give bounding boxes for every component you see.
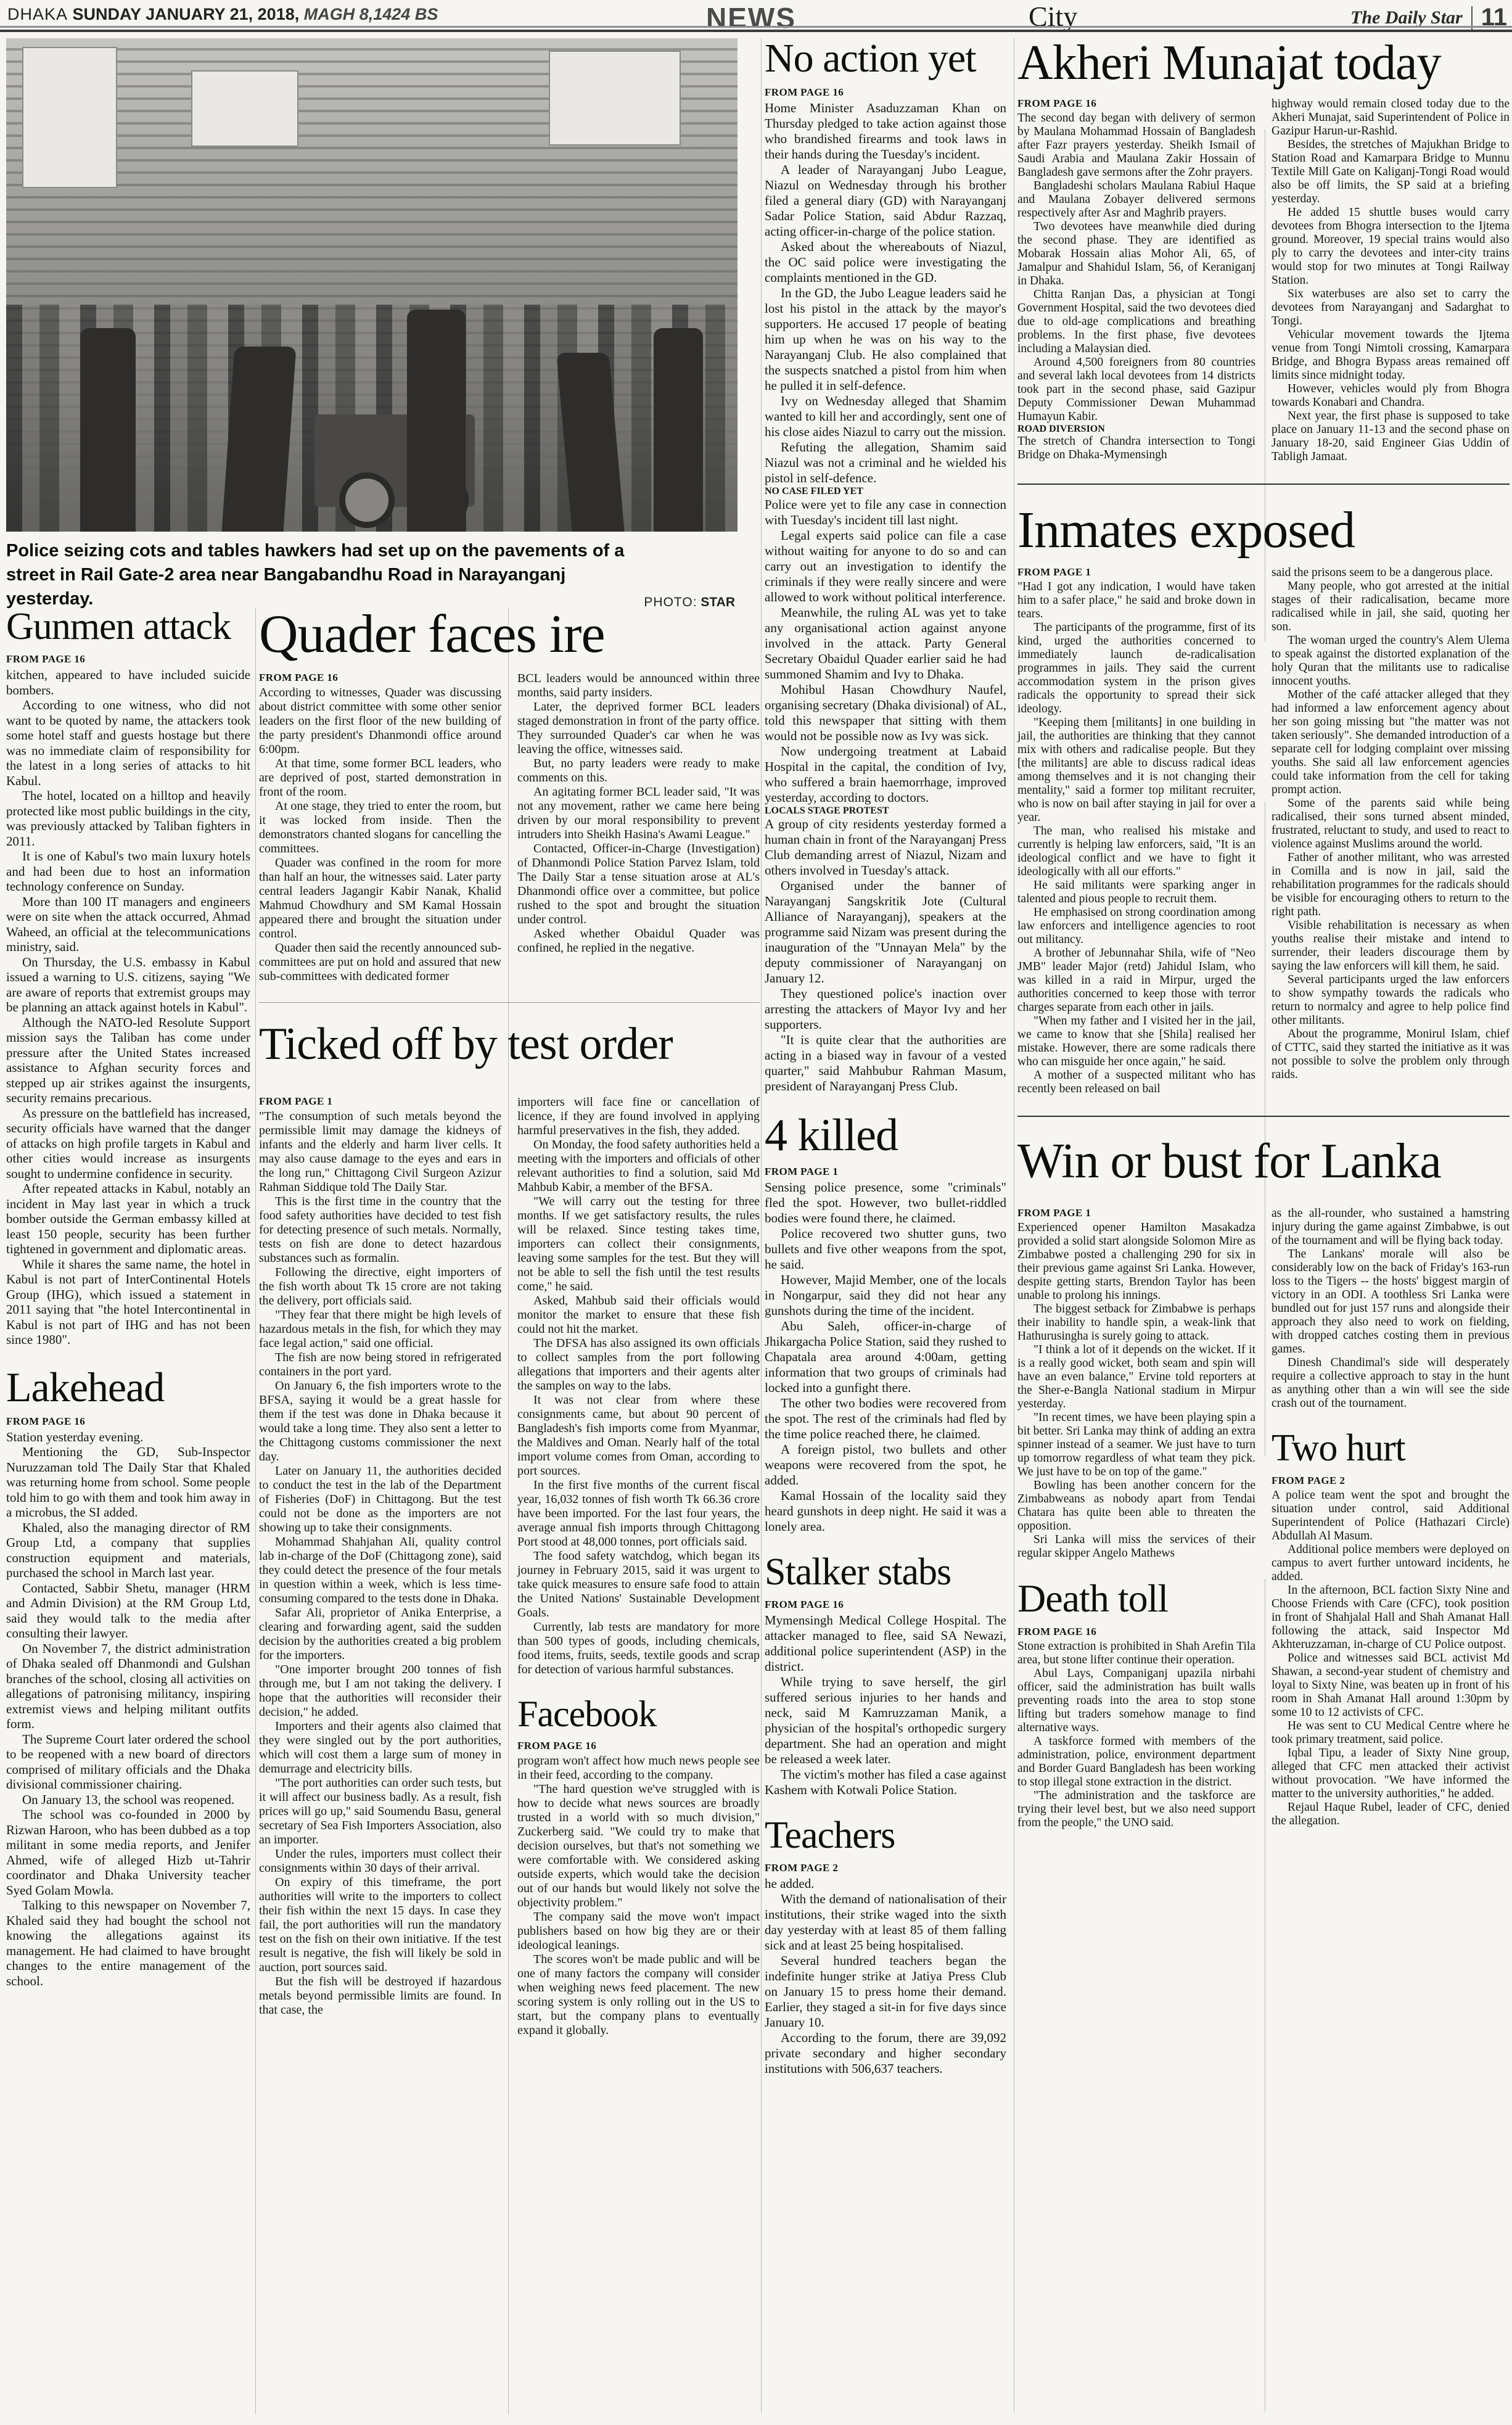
- text-column: FROM PAGE 16According to witnesses, Quad…: [259, 672, 501, 984]
- article-columns: FROM PAGE 16The second day began with de…: [1017, 97, 1510, 464]
- article-win-or-bust-body: FROM PAGE 1Experienced opener Hamilton M…: [1017, 1207, 1510, 1830]
- paragraph: At that time, some former BCL leaders, w…: [259, 757, 501, 799]
- paragraph: While it shares the same name, the hotel…: [6, 1257, 250, 1348]
- paragraph: Contacted, Officer-in-Charge (Investigat…: [517, 842, 760, 927]
- paragraph: Quader was confined in the room for more…: [259, 856, 501, 941]
- paragraph: A leader of Narayanganj Jubo League, Nia…: [765, 162, 1006, 239]
- text-column: highway would remain closed today due to…: [1272, 97, 1510, 464]
- masthead: DHAKA SUNDAY JANUARY 21, 2018, MAGH 8,14…: [0, 0, 1512, 37]
- paragraph: According to one witness, who did not wa…: [6, 698, 250, 788]
- paragraph: highway would remain closed today due to…: [1272, 97, 1510, 138]
- paragraph: Stone extraction is prohibited in Shah A…: [1017, 1640, 1255, 1667]
- article-headline: Quader faces ire: [259, 607, 760, 662]
- paragraph: Station yesterday evening.: [6, 1430, 250, 1445]
- caption-text: Police seizing cots and tables hawkers h…: [6, 539, 647, 611]
- paragraph: "When my father and I visited her in the…: [1017, 1015, 1255, 1069]
- paragraph: Abul Lays, Companiganj upazila nirbahi o…: [1017, 1667, 1255, 1735]
- paragraph: kitchen, appeared to have included suici…: [6, 667, 250, 698]
- paragraph: Mentioning the GD, Sub-Inspector Nuruzza…: [6, 1444, 250, 1520]
- from-page-kicker: FROM PAGE 1: [1017, 1207, 1255, 1219]
- paragraph: Rejaul Haque Rubel, leader of CFC, denie…: [1272, 1801, 1510, 1828]
- text-column: importers will face fine or cancellation…: [517, 1095, 760, 1677]
- from-page-kicker: FROM PAGE 1: [259, 1095, 501, 1108]
- article-headline: Two hurt: [1272, 1429, 1510, 1467]
- paragraph: Under the rules, importers must collect …: [259, 1847, 501, 1875]
- paragraph: According to the forum, there are 39,092…: [765, 2030, 1006, 2077]
- paragraph: It was not clear from where these consig…: [517, 1393, 760, 1478]
- text-column: importers will face fine or cancellation…: [517, 1095, 760, 1677]
- paragraph: "In recent times, we have been playing s…: [1017, 1411, 1255, 1479]
- from-page-kicker: FROM PAGE 2: [1272, 1475, 1510, 1487]
- paragraph: Several participants urged the law enfor…: [1272, 973, 1510, 1027]
- paragraph: "It is quite clear that the authorities …: [765, 1032, 1006, 1094]
- from-page-kicker: FROM PAGE 16: [1017, 97, 1255, 110]
- paragraph: The participants of the programme, first…: [1017, 621, 1255, 716]
- paragraph: Asked about the whereabouts of Niazul, t…: [765, 239, 1006, 286]
- text-column: FROM PAGE 16The second day began with de…: [1017, 97, 1255, 462]
- article-headline: No action yet: [765, 38, 1006, 79]
- paragraph: "The hard question we've struggled with …: [517, 1782, 760, 1910]
- paragraph: The hotel, located on a hilltop and heav…: [6, 788, 250, 849]
- paragraph: However, vehicles would ply from Bhogra …: [1272, 382, 1510, 410]
- paper-logo: The Daily Star: [1350, 7, 1463, 28]
- paragraph: He added 15 shuttle buses would carry de…: [1272, 206, 1510, 287]
- text-column: FROM PAGE 2A police team went the spot a…: [1272, 1475, 1510, 1828]
- text-column: FROM PAGE 1Sensing police presence, some…: [765, 1166, 1006, 1534]
- paragraph: At one stage, they tried to enter the ro…: [259, 799, 501, 856]
- paragraph: Police were yet to file any case in conn…: [765, 497, 1006, 528]
- paragraph: The scores won't be made public and will…: [517, 1953, 760, 2038]
- text-column: as the all-rounder, who sustained a hams…: [1272, 1207, 1510, 1410]
- text-column: said the prisons seem to be a dangerous …: [1272, 566, 1510, 1082]
- article-columns: FROM PAGE 16program won't affect how muc…: [517, 1740, 760, 2038]
- paragraph: Ivy on Wednesday alleged that Shamim wan…: [765, 393, 1006, 440]
- paragraph: Meanwhile, the ruling AL was yet to take…: [765, 605, 1006, 682]
- text-column: FROM PAGE 16Station yesterday evening.Me…: [6, 1415, 250, 1989]
- paragraph: After repeated attacks in Kabul, notably…: [6, 1181, 250, 1257]
- paragraph: As pressure on the battlefield has incre…: [6, 1106, 250, 1182]
- paragraph: But the fish will be destroyed if hazard…: [259, 1975, 501, 2017]
- photo-figure: [654, 328, 703, 532]
- paragraph: Asked, Mahbub said their officials would…: [517, 1294, 760, 1336]
- paragraph: Later, the deprived former BCL leaders s…: [517, 700, 760, 757]
- article-4-killed: 4 killedFROM PAGE 1Sensing police presen…: [765, 1113, 1006, 1534]
- paragraph: Mohibul Hasan Chowdhury Naufel, organisi…: [765, 682, 1006, 744]
- paragraph: Two devotees have meanwhile died during …: [1017, 220, 1255, 288]
- paragraph: According to witnesses, Quader was discu…: [259, 686, 501, 757]
- section-subhead: ROAD DIVERSION: [1017, 424, 1255, 435]
- article-headline: Gunmen attack: [6, 607, 250, 646]
- article-akheri-munajat: Akheri Munajat todayFROM PAGE 16The seco…: [1017, 38, 1510, 464]
- from-page-kicker: FROM PAGE 1: [1017, 566, 1255, 578]
- newspaper-page: DHAKA SUNDAY JANUARY 21, 2018, MAGH 8,14…: [0, 0, 1512, 2425]
- section-rule: [1017, 1116, 1510, 1117]
- photo-banner: [22, 47, 117, 188]
- article-headline: Teachers: [765, 1816, 1006, 1855]
- paragraph: He was sent to CU Medical Centre where h…: [1272, 1719, 1510, 1747]
- text-column: FROM PAGE 16kitchen, appeared to have in…: [6, 653, 250, 1348]
- paragraph: Bangladeshi scholars Maulana Rabiul Haqu…: [1017, 179, 1255, 220]
- photo-figure: [407, 310, 466, 532]
- photo-signboard: [191, 70, 298, 147]
- article-columns: FROM PAGE 2A police team went the spot a…: [1272, 1475, 1510, 1828]
- paragraph: Chitta Ranjan Das, a physician at Tongi …: [1017, 288, 1255, 356]
- paragraph: program won't affect how much news peopl…: [517, 1754, 760, 1782]
- paragraph: The Lankans' morale will also be conside…: [1272, 1248, 1510, 1356]
- article-columns: FROM PAGE 16According to witnesses, Quad…: [259, 672, 760, 984]
- column-rule: [761, 38, 762, 2413]
- dateline-bengali-date: MAGH 8,1424 BS: [304, 5, 438, 23]
- paragraph: BCL leaders would be announced within th…: [517, 672, 760, 700]
- paragraph: Some of the parents said while being rad…: [1272, 797, 1510, 851]
- section-rule: [1017, 484, 1510, 485]
- article-headline: Win or bust for Lanka: [1017, 1137, 1510, 1186]
- paragraph: Visible rehabilitation is necessary as w…: [1272, 919, 1510, 973]
- paragraph: On Monday, the food safety authorities h…: [517, 1138, 760, 1195]
- paragraph: The company said the move won't impact p…: [517, 1910, 760, 1953]
- article-teachers: TeachersFROM PAGE 2he added.With the dem…: [765, 1816, 1006, 2077]
- paragraph: Currently, lab tests are mandatory for m…: [517, 1620, 760, 1677]
- paragraph: "The administration and the taskforce ar…: [1017, 1789, 1255, 1830]
- from-page-kicker: FROM PAGE 2: [765, 1862, 1006, 1874]
- article-gunmen-attack: Gunmen attackFROM PAGE 16kitchen, appear…: [6, 607, 250, 1348]
- article-two-hurt: Two hurtFROM PAGE 2A police team went th…: [1272, 1429, 1510, 1828]
- text-column: FROM PAGE 1"The consumption of such meta…: [259, 1095, 501, 2017]
- paragraph: Iqbal Tipu, a leader of Sixty Nine group…: [1272, 1747, 1510, 1801]
- paragraph: The woman urged the country's Alem Ulema…: [1272, 634, 1510, 688]
- paragraph: Quader then said the recently announced …: [259, 941, 501, 984]
- article-headline: Death toll: [1017, 1579, 1255, 1618]
- text-column: as the all-rounder, who sustained a hams…: [1272, 1207, 1510, 1410]
- article-headline: Akheri Munajat today: [1017, 38, 1510, 88]
- article-headline: Ticked off by test order: [259, 1021, 760, 1067]
- article-death-toll: Death tollFROM PAGE 16Stone extraction i…: [1017, 1579, 1255, 1830]
- paragraph: A police team went the spot and brought …: [1272, 1489, 1510, 1543]
- paragraph: Six waterbuses are also set to carry the…: [1272, 287, 1510, 328]
- from-page-kicker: FROM PAGE 16: [517, 1740, 760, 1752]
- paragraph: he added.: [765, 1876, 1006, 1892]
- article-columns: FROM PAGE 16Stone extraction is prohibit…: [1017, 1626, 1255, 1830]
- paragraph: He said militants were sparking anger in…: [1017, 879, 1255, 906]
- text-column: as the all-rounder, who sustained a hams…: [1272, 1207, 1510, 1828]
- paragraph: Sensing police presence, some "criminals…: [765, 1180, 1006, 1226]
- paragraph: Home Minister Asaduzzaman Khan on Thursd…: [765, 101, 1006, 162]
- paragraph: On Thursday, the U.S. embassy in Kabul i…: [6, 955, 250, 1015]
- paragraph: But, no party leaders were ready to make…: [517, 757, 760, 785]
- section-rule: [259, 1002, 760, 1003]
- subsection-title: City: [1029, 0, 1077, 33]
- paragraph: "I think a lot of it depends on the wick…: [1017, 1343, 1255, 1411]
- article-headline: Facebook: [517, 1695, 760, 1732]
- paragraph: Later on January 11, the authorities dec…: [259, 1464, 501, 1535]
- paragraph: This is the first time in the country th…: [259, 1195, 501, 1266]
- paragraph: The food safety watchdog, which began it…: [517, 1549, 760, 1620]
- paragraph: Khaled, also the managing director of RM…: [6, 1520, 250, 1581]
- text-column: FROM PAGE 2he added.With the demand of n…: [765, 1862, 1006, 2077]
- paragraph: Safar Ali, proprietor of Anika Enterpris…: [259, 1606, 501, 1663]
- text-column: FROM PAGE 16Stone extraction is prohibit…: [1017, 1626, 1255, 1830]
- article-columns: FROM PAGE 1Sensing police presence, some…: [765, 1166, 1006, 1534]
- from-page-kicker: FROM PAGE 16: [259, 672, 501, 684]
- section-subhead: NO CASE FILED YET: [765, 486, 1006, 497]
- paragraph: In the GD, the Jubo League leaders said …: [765, 286, 1006, 393]
- article-win-or-bust-headline: Win or bust for Lanka: [1017, 1137, 1510, 1188]
- dateline: DHAKA SUNDAY JANUARY 21, 2018, MAGH 8,14…: [7, 5, 438, 24]
- paragraph: In the first five months of the current …: [517, 1478, 760, 1549]
- paragraph: Following the directive, eight importers…: [259, 1266, 501, 1308]
- paragraph: The stretch of Chandra intersection to T…: [1017, 435, 1255, 462]
- article-ticked-off-headline: Ticked off by test order: [259, 1021, 760, 1077]
- paragraph: Father of another militant, who was arre…: [1272, 851, 1510, 919]
- article-columns: FROM PAGE 16Station yesterday evening.Me…: [6, 1415, 250, 1989]
- paragraph: The Supreme Court later ordered the scho…: [6, 1732, 250, 1792]
- text-column: FROM PAGE 16Home Minister Asaduzzaman Kh…: [765, 86, 1006, 1094]
- paragraph: Asked whether Obaidul Quader was confine…: [517, 927, 760, 955]
- text-column: BCL leaders would be announced within th…: [517, 672, 760, 955]
- paragraph: Abu Saleh, officer-in-charge of Jhikarga…: [765, 1319, 1006, 1396]
- article-quader-faces-ire: Quader faces ireFROM PAGE 16According to…: [259, 607, 760, 984]
- paragraph: "One importer brought 200 tonnes of fish…: [259, 1663, 501, 1719]
- paragraph: "The consumption of such metals beyond t…: [259, 1110, 501, 1195]
- paragraph: On January 13, the school was reopened.: [6, 1792, 250, 1808]
- paragraph: "Keeping them [militants] in one buildin…: [1017, 716, 1255, 825]
- from-page-kicker: FROM PAGE 1: [765, 1166, 1006, 1178]
- section-subhead: LOCALS STAGE PROTEST: [765, 805, 1006, 817]
- text-column: FROM PAGE 1"The consumption of such meta…: [259, 1095, 501, 2017]
- dateline-city: DHAKA: [7, 5, 68, 23]
- paragraph: More than 100 IT managers and engineers …: [6, 894, 250, 955]
- article-columns: FROM PAGE 16Mymensingh Medical College H…: [765, 1599, 1006, 1798]
- paragraph: A brother of Jebunnahar Shila, wife of "…: [1017, 947, 1255, 1015]
- column-rule: [1014, 38, 1014, 2413]
- article-headline: Lakehead: [6, 1366, 250, 1408]
- paragraph: The man, who realised his mistake and cu…: [1017, 825, 1255, 879]
- from-page-kicker: FROM PAGE 16: [765, 1599, 1006, 1611]
- paragraph: Additional police members were deployed …: [1272, 1543, 1510, 1584]
- from-page-kicker: FROM PAGE 16: [765, 86, 1006, 99]
- dateline-date: SUNDAY JANUARY 21, 2018,: [73, 5, 300, 23]
- article-ticked-off-body: FROM PAGE 1"The consumption of such meta…: [259, 1095, 760, 2038]
- paragraph: said the prisons seem to be a dangerous …: [1272, 566, 1510, 580]
- left-column: Gunmen attackFROM PAGE 16kitchen, appear…: [6, 607, 250, 1988]
- article-headline: 4 killed: [765, 1113, 1006, 1158]
- paragraph: A foreign pistol, two bullets and other …: [765, 1442, 1006, 1488]
- text-column: FROM PAGE 1Experienced opener Hamilton M…: [1017, 1207, 1255, 1830]
- article-columns: FROM PAGE 16kitchen, appeared to have in…: [6, 653, 250, 1348]
- paragraph: The other two bodies were recovered from…: [765, 1396, 1006, 1442]
- paragraph: Many people, who got arrested at the ini…: [1272, 580, 1510, 634]
- article-columns: FROM PAGE 16Home Minister Asaduzzaman Kh…: [765, 86, 1006, 1094]
- paragraph: Vehicular movement towards the Ijtema ve…: [1272, 328, 1510, 382]
- paragraph: It is one of Kabul's two main luxury hot…: [6, 849, 250, 894]
- text-column: FROM PAGE 1Experienced opener Hamilton M…: [1017, 1207, 1255, 1560]
- paragraph: Dinesh Chandimal's side will desperately…: [1272, 1356, 1510, 1410]
- paragraph: They questioned police's inaction over a…: [765, 986, 1006, 1032]
- text-column: FROM PAGE 1"Had I got any indication, I …: [1017, 566, 1255, 1096]
- paragraph: On November 7, the district administrati…: [6, 1641, 250, 1732]
- paragraph: While trying to save herself, the girl s…: [765, 1674, 1006, 1767]
- paragraph: He emphasised on strong coordination amo…: [1017, 906, 1255, 947]
- paragraph: importers will face fine or cancellation…: [517, 1095, 760, 1138]
- article-headline: Stalker stabs: [765, 1553, 1006, 1591]
- article-facebook: FacebookFROM PAGE 16program won't affect…: [517, 1695, 760, 2038]
- paragraph: Contacted, Sabbir Shetu, manager (HRM an…: [6, 1581, 250, 1641]
- paragraph: However, Majid Member, one of the locals…: [765, 1272, 1006, 1319]
- paragraph: The biggest setback for Zimbabwe is perh…: [1017, 1303, 1255, 1343]
- paragraph: Organised under the banner of Narayangan…: [765, 878, 1006, 986]
- masthead-rule: [0, 26, 1512, 28]
- from-page-kicker: FROM PAGE 16: [1017, 1626, 1255, 1638]
- paragraph: "They fear that there might be high leve…: [259, 1308, 501, 1351]
- article-no-action-yet: No action yetFROM PAGE 16Home Minister A…: [765, 38, 1006, 1094]
- paragraph: About the programme, Monirul Islam, chie…: [1272, 1027, 1510, 1082]
- paragraph: Around 4,500 foreigners from 80 countrie…: [1017, 356, 1255, 424]
- paragraph: A taskforce formed with members of the a…: [1017, 1735, 1255, 1789]
- paragraph: Bowling has been another concern for the…: [1017, 1479, 1255, 1533]
- paragraph: Now undergoing treatment at Labaid Hospi…: [765, 744, 1006, 805]
- paragraph: Kamal Hossain of the locality said they …: [765, 1488, 1006, 1534]
- paragraph: Besides, the stretches of Majukhan Bridg…: [1272, 138, 1510, 206]
- paragraph: Experienced opener Hamilton Masakadza pr…: [1017, 1221, 1255, 1303]
- article-lakehead: LakeheadFROM PAGE 16Station yesterday ev…: [6, 1366, 250, 1989]
- paragraph: The DFSA has also assigned its own offic…: [517, 1336, 760, 1393]
- photo-figure: [222, 347, 297, 532]
- article-inmates-exposed: Inmates exposedFROM PAGE 1"Had I got any…: [1017, 504, 1510, 1096]
- from-page-kicker: FROM PAGE 16: [6, 653, 250, 665]
- paragraph: "We will carry out the testing for three…: [517, 1195, 760, 1294]
- center-columns: Quader faces ireFROM PAGE 16According to…: [259, 607, 760, 2038]
- paragraph: Refuting the allegation, Shamim said Nia…: [765, 440, 1006, 486]
- photo-banner: [549, 51, 681, 146]
- paragraph: A group of city residents yesterday form…: [765, 817, 1006, 878]
- paragraph: Police and witnesses said BCL activist M…: [1272, 1652, 1510, 1719]
- article-stalker-stabs: Stalker stabsFROM PAGE 16Mymensingh Medi…: [765, 1553, 1006, 1798]
- masthead-rule: [0, 30, 1512, 32]
- paragraph: Although the NATO-led Resolute Support m…: [6, 1015, 250, 1106]
- paragraph: Mymensingh Medical College Hospital. The…: [765, 1613, 1006, 1674]
- paragraph: "Had I got any indication, I would have …: [1017, 580, 1255, 621]
- paragraph: The victim's mother has filed a case aga…: [765, 1767, 1006, 1798]
- paragraph: On January 6, the fish importers wrote t…: [259, 1379, 501, 1464]
- text-column: FROM PAGE 1Experienced opener Hamilton M…: [1017, 1207, 1255, 1560]
- paragraph: The second day began with delivery of se…: [1017, 112, 1255, 179]
- paragraph: Mohammad Shahjahan Ali, quality control …: [259, 1535, 501, 1606]
- photo-caption: Police seizing cots and tables hawkers h…: [6, 539, 738, 611]
- paragraph: Several hundred teachers began the indef…: [765, 1953, 1006, 2030]
- paragraph: Mother of the café attacker alleged that…: [1272, 688, 1510, 797]
- paragraph: A mother of a suspected militant who has…: [1017, 1069, 1255, 1096]
- fourth-column: No action yetFROM PAGE 16Home Minister A…: [765, 38, 1006, 2077]
- paragraph: In the afternoon, BCL faction Sixty Nine…: [1272, 1584, 1510, 1652]
- from-page-kicker: FROM PAGE 16: [6, 1415, 250, 1428]
- paragraph: as the all-rounder, who sustained a hams…: [1272, 1207, 1510, 1248]
- paragraph: Police recovered two shutter guns, two b…: [765, 1226, 1006, 1272]
- paragraph: Sri Lanka will miss the services of thei…: [1017, 1533, 1255, 1560]
- paragraph: Next year, the first phase is supposed t…: [1272, 410, 1510, 464]
- article-columns: FROM PAGE 1"Had I got any indication, I …: [1017, 566, 1510, 1096]
- text-column: importers will face fine or cancellation…: [517, 1095, 760, 2038]
- paragraph: An agitating former BCL leader said, "It…: [517, 785, 760, 842]
- article-columns: FROM PAGE 2he added.With the demand of n…: [765, 1862, 1006, 2077]
- paragraph: The fish are now being stored in refrige…: [259, 1351, 501, 1379]
- photo-figure: [80, 328, 136, 532]
- paragraph: Legal experts said police can file a cas…: [765, 528, 1006, 605]
- paragraph: Importers and their agents also claimed …: [259, 1719, 501, 1776]
- right-columns: Akheri Munajat todayFROM PAGE 16The seco…: [1017, 38, 1510, 1830]
- text-column: FROM PAGE 16program won't affect how muc…: [517, 1740, 760, 2038]
- column-rule: [255, 607, 256, 2415]
- news-photo: [6, 38, 738, 532]
- paragraph: On expiry of this timeframe, the port au…: [259, 1875, 501, 1975]
- paragraph: Talking to this newspaper on November 7,…: [6, 1898, 250, 1988]
- paragraph: "The port authorities can order such tes…: [259, 1776, 501, 1847]
- text-column: FROM PAGE 16Mymensingh Medical College H…: [765, 1599, 1006, 1798]
- photo-wheel: [339, 472, 395, 528]
- paragraph: With the demand of nationalisation of th…: [765, 1892, 1006, 1953]
- paragraph: The school was co-founded in 2000 by Riz…: [6, 1807, 250, 1898]
- article-headline: Inmates exposed: [1017, 504, 1510, 556]
